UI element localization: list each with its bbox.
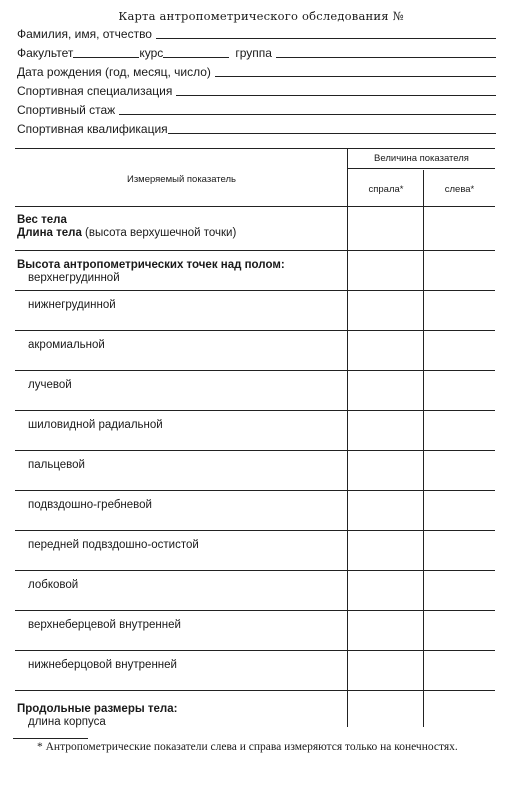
row-rule <box>15 410 495 411</box>
row-rule <box>15 490 495 491</box>
table-row-label: Вес тела <box>17 213 67 227</box>
table-row-label: длина корпуса <box>28 715 106 729</box>
row-rule <box>15 330 495 331</box>
name-label: Фамилия, имя, отчество <box>17 27 156 41</box>
row-rule <box>15 650 495 651</box>
faculty-label: Факультет <box>17 46 73 60</box>
table-row-label: передней подвздошно-остистой <box>28 538 199 552</box>
qualification-field[interactable]: Спортивная квалификация <box>17 120 496 136</box>
table-top-rule <box>15 148 495 149</box>
row-rule <box>15 450 495 451</box>
group-label: группа <box>235 46 276 60</box>
row-rule <box>15 290 495 291</box>
specialization-input-line[interactable] <box>176 94 496 96</box>
course-input-line[interactable] <box>163 56 229 58</box>
birthdate-field[interactable]: Дата рождения (год, месяц, число) <box>17 63 496 79</box>
experience-label: Спортивный стаж <box>17 103 119 117</box>
left-column-header: слева* <box>424 184 495 195</box>
value-column-header: Величина показателя <box>348 153 495 164</box>
row-rule <box>15 570 495 571</box>
row-rule <box>15 530 495 531</box>
birthdate-input-line[interactable] <box>215 75 496 77</box>
specialization-field[interactable]: Спортивная специализация <box>17 82 496 98</box>
table-row-label: нижнегрудинной <box>28 298 116 312</box>
right-column-header: спрала* <box>348 184 424 195</box>
table-row-label: верхнеберцевой внутренней <box>28 618 181 632</box>
table-row-label: Продольные размеры тела: <box>17 702 177 716</box>
indicator-column-header: Измеряемый показатель <box>15 174 348 185</box>
table-row-label: пальцевой <box>28 458 85 472</box>
form-title: Карта антропометрического обследования № <box>0 9 522 23</box>
experience-input-line[interactable] <box>119 113 496 115</box>
table-row-label: лучевой <box>28 378 72 392</box>
table-row-label: шиловидной радиальной <box>28 418 163 432</box>
birthdate-label: Дата рождения (год, месяц, число) <box>17 65 215 79</box>
table-row-label: Высота антропометрических точек над поло… <box>17 258 285 272</box>
table-row-label: Длина тела (высота верхушечной точки) <box>17 226 236 240</box>
row-rule <box>15 250 495 251</box>
col-divider-1 <box>347 149 348 727</box>
footnote: * Антропометрические показатели слева и … <box>15 740 493 754</box>
experience-field[interactable]: Спортивный стаж <box>17 101 496 117</box>
row-rule <box>15 690 495 691</box>
footnote-rule <box>13 738 88 739</box>
group-input-line[interactable] <box>276 56 496 58</box>
table-row-label: верхнегрудинной <box>28 271 120 285</box>
table-row-label: нижнеберцовой внутренней <box>28 658 177 672</box>
col-divider-2 <box>423 170 424 727</box>
faculty-input-line[interactable] <box>73 56 139 58</box>
table-row-label: лобковой <box>28 578 78 592</box>
specialization-label: Спортивная специализация <box>17 84 176 98</box>
row-rule <box>15 370 495 371</box>
course-label: курс <box>139 46 163 60</box>
name-input-line[interactable] <box>156 37 496 39</box>
qualification-label: Спортивная квалификация <box>17 122 168 136</box>
value-group-rule <box>348 168 495 169</box>
table-row-label: подвздошно-гребневой <box>28 498 152 512</box>
qualification-input-line[interactable] <box>168 132 496 134</box>
row-rule <box>15 610 495 611</box>
table-row-label: акромиальной <box>28 338 105 352</box>
name-field[interactable]: Фамилия, имя, отчество <box>17 25 496 41</box>
faculty-course-group-field[interactable]: Факультет курс группа <box>17 44 496 60</box>
